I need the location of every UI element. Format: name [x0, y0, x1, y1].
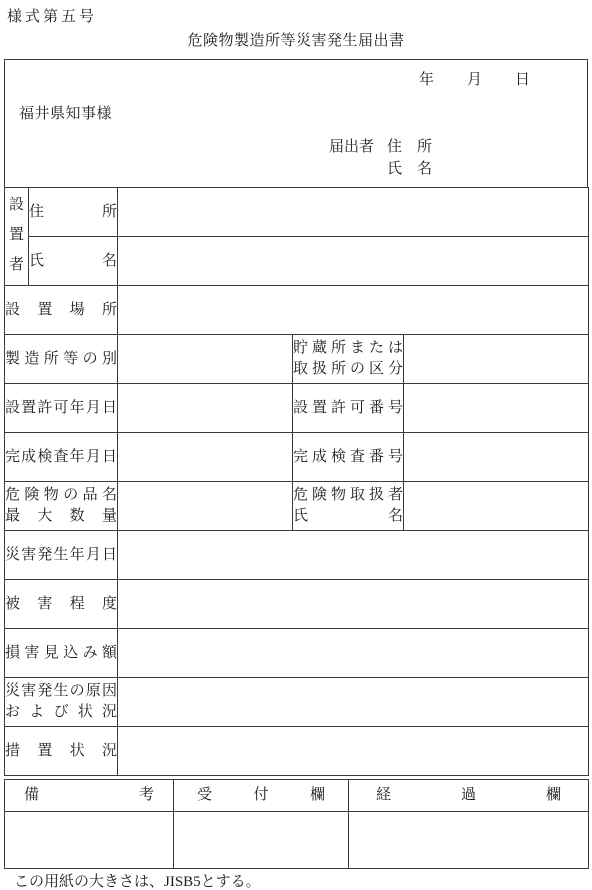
bottom-table: 備考 受付欄 経過欄 [4, 779, 589, 869]
notifier-address-label: 住 所 [387, 136, 432, 158]
damage-extent-value-cell [118, 580, 589, 629]
form-title: 危険物製造所等災害発生届出書 [0, 29, 592, 50]
row-installer-address: 設 置 者 住所 [5, 188, 589, 237]
inspection-number-label: 完成検査番号 [293, 433, 404, 482]
inspection-date-value-cell [118, 433, 293, 482]
remarks-value-cell [5, 812, 174, 869]
form-number: 様式第五号 [7, 5, 97, 26]
row-location: 設置場所 [5, 286, 589, 335]
main-table: 設 置 者 住所 氏名 設置場所 製造所等の別 [4, 187, 589, 776]
permit-date-label: 設置許可年月日 [5, 384, 118, 433]
damage-estimate-value-cell [118, 629, 589, 678]
form-page: 様式第五号 危険物製造所等災害発生届出書 年 月 日 福井県知事様 届出者 住 … [0, 0, 592, 890]
permit-date-value-cell [118, 384, 293, 433]
row-damage-extent: 被害程度 [5, 580, 589, 629]
bottom-header-row: 備考 受付欄 経過欄 [5, 780, 589, 812]
damage-extent-label: 被害程度 [5, 580, 118, 629]
date-month-label: 月 [467, 68, 482, 89]
facility-type-label: 製造所等の別 [5, 335, 118, 384]
inspection-number-value-cell [404, 433, 589, 482]
permit-number-label: 設置許可番号 [293, 384, 404, 433]
row-inspection: 完成検査年月日 完成検査番号 [5, 433, 589, 482]
location-label: 設置場所 [5, 286, 118, 335]
damage-estimate-label: 損害見込み額 [5, 629, 118, 678]
progress-header-cell: 経過欄 [349, 780, 589, 812]
header-box: 年 月 日 福井県知事様 届出者 住 所 氏 名 [4, 59, 588, 187]
bottom-body-row [5, 812, 589, 869]
reception-header-cell: 受付欄 [174, 780, 349, 812]
row-hazmat: 危険物の品名 最大数量 危険物取扱者 氏名 [5, 482, 589, 531]
row-disaster-date: 災害発生年月日 [5, 531, 589, 580]
notifier-block: 届出者 住 所 氏 名 [329, 136, 432, 180]
installer-vertical-label: 設 置 者 [5, 188, 29, 286]
progress-value-cell [349, 812, 589, 869]
handler-name-value-cell [404, 482, 589, 531]
cause-value-cell [118, 678, 589, 727]
paper-size-note: この用紙の大きさは、JISB5とする。 [14, 870, 261, 890]
installer-address-label: 住所 [29, 188, 118, 237]
notifier-label: 届出者 [329, 136, 374, 180]
row-facility-type: 製造所等の別 貯蔵所または 取扱所の区分 [5, 335, 589, 384]
disaster-date-value-cell [118, 531, 589, 580]
row-damage-estimate: 損害見込み額 [5, 629, 589, 678]
permit-number-value-cell [404, 384, 589, 433]
cause-label: 災害発生の原因 および状況 [5, 678, 118, 727]
facility-type-value-cell [118, 335, 293, 384]
installer-name-label: 氏名 [29, 237, 118, 286]
date-line: 年 月 日 [419, 68, 530, 89]
handler-name-label: 危険物取扱者 氏名 [293, 482, 404, 531]
location-value-cell [118, 286, 589, 335]
measures-label: 措置状況 [5, 727, 118, 776]
remarks-header-cell: 備考 [5, 780, 174, 812]
measures-value-cell [118, 727, 589, 776]
row-installer-name: 氏名 [5, 237, 589, 286]
hazmat-name-quantity-value-cell [118, 482, 293, 531]
date-day-label: 日 [515, 68, 530, 89]
reception-value-cell [174, 812, 349, 869]
installer-name-value-cell [118, 237, 589, 286]
installer-address-value-cell [118, 188, 589, 237]
storage-category-label: 貯蔵所または 取扱所の区分 [293, 335, 404, 384]
hazmat-name-quantity-label: 危険物の品名 最大数量 [5, 482, 118, 531]
storage-category-value-cell [404, 335, 589, 384]
row-measures: 措置状況 [5, 727, 589, 776]
date-year-label: 年 [419, 68, 434, 89]
inspection-date-label: 完成検査年月日 [5, 433, 118, 482]
notifier-name-label: 氏 名 [387, 158, 432, 180]
addressee: 福井県知事様 [19, 102, 112, 123]
row-cause: 災害発生の原因 および状況 [5, 678, 589, 727]
disaster-date-label: 災害発生年月日 [5, 531, 118, 580]
row-permit: 設置許可年月日 設置許可番号 [5, 384, 589, 433]
